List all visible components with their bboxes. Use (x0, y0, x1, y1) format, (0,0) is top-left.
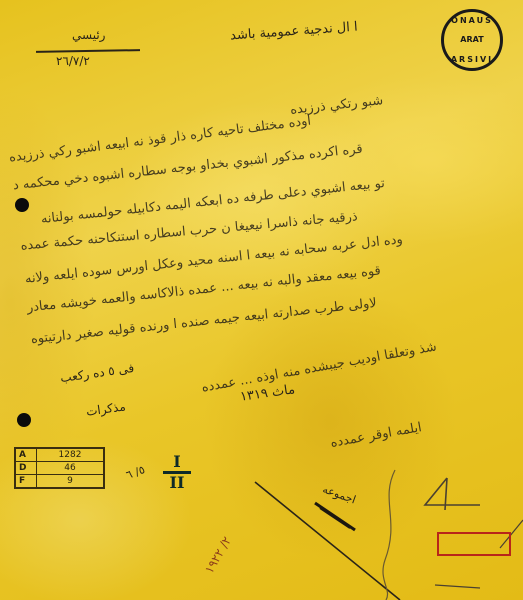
signature-strokes (0, 0, 523, 600)
red-box (437, 532, 511, 556)
document-page: ONAUS ARAT ARSIVI رئيسي ٢٦/٧/٢ ا ال ندجي… (0, 0, 523, 600)
